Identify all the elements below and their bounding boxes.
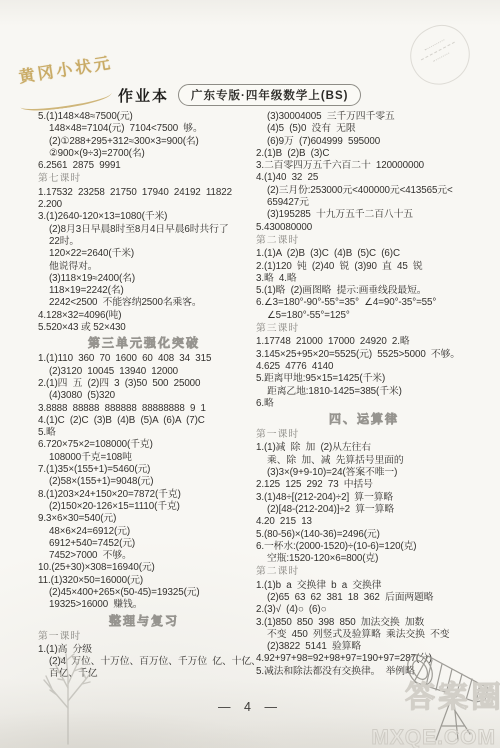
answer-line-continuation: ②900×(9÷3)=2700(名) [38, 148, 250, 160]
answer-line-continuation: (3)118×19≈2400(名) [38, 273, 250, 285]
answer-line: 1.(1)减 除 加 (2)从左往右 [256, 442, 472, 454]
lesson-heading: 第七课时 [38, 173, 250, 185]
answer-line-continuation: 乘、除 加、减 先算括号里面的 [256, 455, 472, 467]
answer-line: 2.(1)四 五 (2)四 3 (3)50 500 25000 [38, 378, 250, 390]
answer-line: 2.(3)√ (4)○ (6)○ [256, 604, 472, 616]
answer-line-continuation: (4)3080 (5)320 [38, 390, 250, 402]
answer-line-continuation: 118×19=2242(名) [38, 285, 250, 297]
answer-line-continuation: (2)3120 10045 13940 12000 [38, 366, 250, 378]
site-url-watermark: MXQE.COM [371, 726, 496, 748]
answer-line: 4.20 215 13 [256, 516, 472, 528]
logo-underline-swoosh [19, 86, 112, 113]
answer-line-continuation: (6)9万 (7)604999 595000 [256, 136, 472, 148]
answer-line-continuation: 48×6×24=6912(元) [38, 526, 250, 538]
answer-line: 7.(1)35×(155+1)=5460(元) [38, 464, 250, 476]
answer-line-continuation: 他说得对。 [38, 261, 250, 273]
answer-line-continuation: 120×22=2640(千米) [38, 248, 250, 260]
series-title: 作业本 [118, 85, 169, 106]
answer-line-continuation: (2)150×20-126×15=1110(千克) [38, 501, 250, 513]
answer-line: 2.(1)B (2)B (3)C [256, 148, 472, 160]
edition-badge: 广东专版·四年级数学上(BS) [178, 84, 361, 106]
answer-line: 2.(1)120 钝 (2)40 锐 (3)90 直 45 锐 [256, 261, 472, 273]
answer-line-continuation: 148×48=7104(元) 7104<7500 够。 [38, 123, 250, 135]
answer-line-continuation: 7452>7000 不够。 [38, 550, 250, 562]
tree-illustration [24, 646, 120, 746]
answer-line: 4.(1)C (2)C (3)B (4)B (5)A (6)A (7)C [38, 415, 250, 427]
answer-line: 6.∠3=180°-90°-55°=35° ∠4=90°-35°=55° [256, 297, 472, 309]
section-title: 第三单元强化突破 [38, 335, 250, 352]
answers-column-left: 5.(1)148×48≈7500(元)148×48=7104(元) 7104<7… [38, 111, 250, 681]
answer-line: 5.距离甲地:95×15=1425(千米) [256, 373, 472, 385]
answer-line: 2.125 125 292 73 中括号 [256, 479, 472, 491]
answer-line: 5.略 [38, 427, 250, 439]
answer-line-continuation: 108000千克=108吨 [38, 452, 250, 464]
answer-line: 6.2561 2875 9991 [38, 160, 250, 172]
section-title: 四、运算律 [256, 411, 472, 428]
answer-line-continuation: (2)[48-(212-204)]÷2 算一算略 [256, 504, 472, 516]
answer-line: 5.(1)略 (2)画图略 提示:画垂线段最短。 [256, 285, 472, 297]
lesson-heading: 第一课时 [256, 429, 472, 441]
page-number: — 4 — [0, 700, 500, 714]
answer-line-continuation: (3)195285 十九万五千二百八十五 [256, 209, 472, 221]
answer-line: 11.(1)320×50=16000(元) [38, 575, 250, 587]
answer-line-continuation: (2)8月3日早晨8时至8月4日早晨6时共行了 [38, 224, 250, 236]
answer-line: 5.520×43 或 52×430 [38, 322, 250, 334]
answer-line-continuation: (2)58×(155+1)=9048(元) [38, 476, 250, 488]
lesson-heading: 第二课时 [256, 566, 472, 578]
answer-line: 6.略 [256, 398, 472, 410]
answer-line-continuation: ∠5=180°-55°=125° [256, 310, 472, 322]
answer-line-continuation: 空瓶:1520-120×6=800(克) [256, 553, 472, 565]
answer-line: 1.(1)110 360 70 1600 60 408 34 315 [38, 353, 250, 365]
answer-line-continuation: 6912+540=7452(元) [38, 538, 250, 550]
inspection-stamp [400, 15, 480, 94]
answer-line-continuation: 659427元 [256, 197, 472, 209]
answer-line: 3.8888 88888 888888 88888888 9 1 [38, 403, 250, 415]
answer-line-continuation: (2)①288+295+312≈300×3=900(名) [38, 136, 250, 148]
answer-line-continuation: 22时。 [38, 236, 250, 248]
answer-line-continuation: 距离乙地:1810-1425=385(千米) [256, 386, 472, 398]
answer-line-continuation: (2)65 63 62 381 18 362 后面两题略 [256, 592, 472, 604]
answer-line: 5.(80-56)×(140-36)=2496(元) [256, 529, 472, 541]
answer-line-continuation: (4)5 (5)0 没有 无限 [256, 123, 472, 135]
answer-line-continuation: (3)30004005 三千万四千零五 [256, 111, 472, 123]
answer-line: 4.128×32=4096(吨) [38, 310, 250, 322]
answer-line: 1.17748 21000 17000 24920 2.略 [256, 336, 472, 348]
answer-line-continuation: (2)45×400+265×(50-45)=19325(元) [38, 587, 250, 599]
answer-line: 1.(1)b a 交换律 b a 交换律 [256, 580, 472, 592]
answer-line: 5.(1)148×48≈7500(元) [38, 111, 250, 123]
answer-line: 1.17532 23258 21750 17940 24192 11822 [38, 187, 250, 199]
answer-line: 3.(1)850 850 398 850 加法交换 加数 [256, 617, 472, 629]
answer-line: 3.(1)2640-120×13=1080(千米) [38, 211, 250, 223]
answer-line: 8.(1)203×24+150×20=7872(千克) [38, 489, 250, 501]
answer-line: 1.(1)A (2)B (3)C (4)B (5)C (6)C [256, 248, 472, 260]
answers-column-right: (3)30004005 三千万四千零五(4)5 (5)0 没有 无限(6)9万 … [256, 111, 472, 678]
answer-line: 6.一杯水:(2000-1520)÷(10-6)=120(克) [256, 541, 472, 553]
answer-line: 4.625 4776 4140 [256, 361, 472, 373]
lesson-heading: 第一课时 [38, 631, 250, 643]
answer-line: 4.(1)40 32 25 [256, 172, 472, 184]
answer-line-continuation: 19325>16000 赚钱。 [38, 599, 250, 611]
answer-line: 3.(1)48÷[(212-204)÷2] 算一算略 [256, 492, 472, 504]
answer-line: 5.430080000 [256, 222, 472, 234]
lesson-heading: 第三课时 [256, 323, 472, 335]
answer-line-continuation: 2242<2500 不能容纳2500名乘客。 [38, 297, 250, 309]
masthead: 作业本 广东专版·四年级数学上(BS) [118, 84, 361, 106]
section-title: 整理与复习 [38, 613, 250, 630]
answer-line: 2.200 [38, 199, 250, 211]
answer-line: 9.3×6×30=540(元) [38, 513, 250, 525]
brand-logo: 黄冈小状元 [17, 48, 129, 88]
answer-line-continuation: (2)三月份:253000元<400000元<413565元< [256, 185, 472, 197]
answer-line: 3.略 4.略 [256, 273, 472, 285]
answer-line: 3.145×25+95×20=5525(元) 5525>5000 不够。 [256, 349, 472, 361]
answer-line: 6.720×75×2=108000(千克) [38, 439, 250, 451]
workbook-answer-page: 黄冈小状元 作业本 广东专版·四年级数学上(BS) 5.(1)148×48≈75… [0, 0, 500, 748]
answer-line: 3.二百零四万五千六百二十 120000000 [256, 160, 472, 172]
answer-line: 10.(25+30)×308=16940(元) [38, 562, 250, 574]
answer-line-continuation: (3)3×(9+9-10)=24(答案不唯一) [256, 467, 472, 479]
lesson-heading: 第二课时 [256, 235, 472, 247]
